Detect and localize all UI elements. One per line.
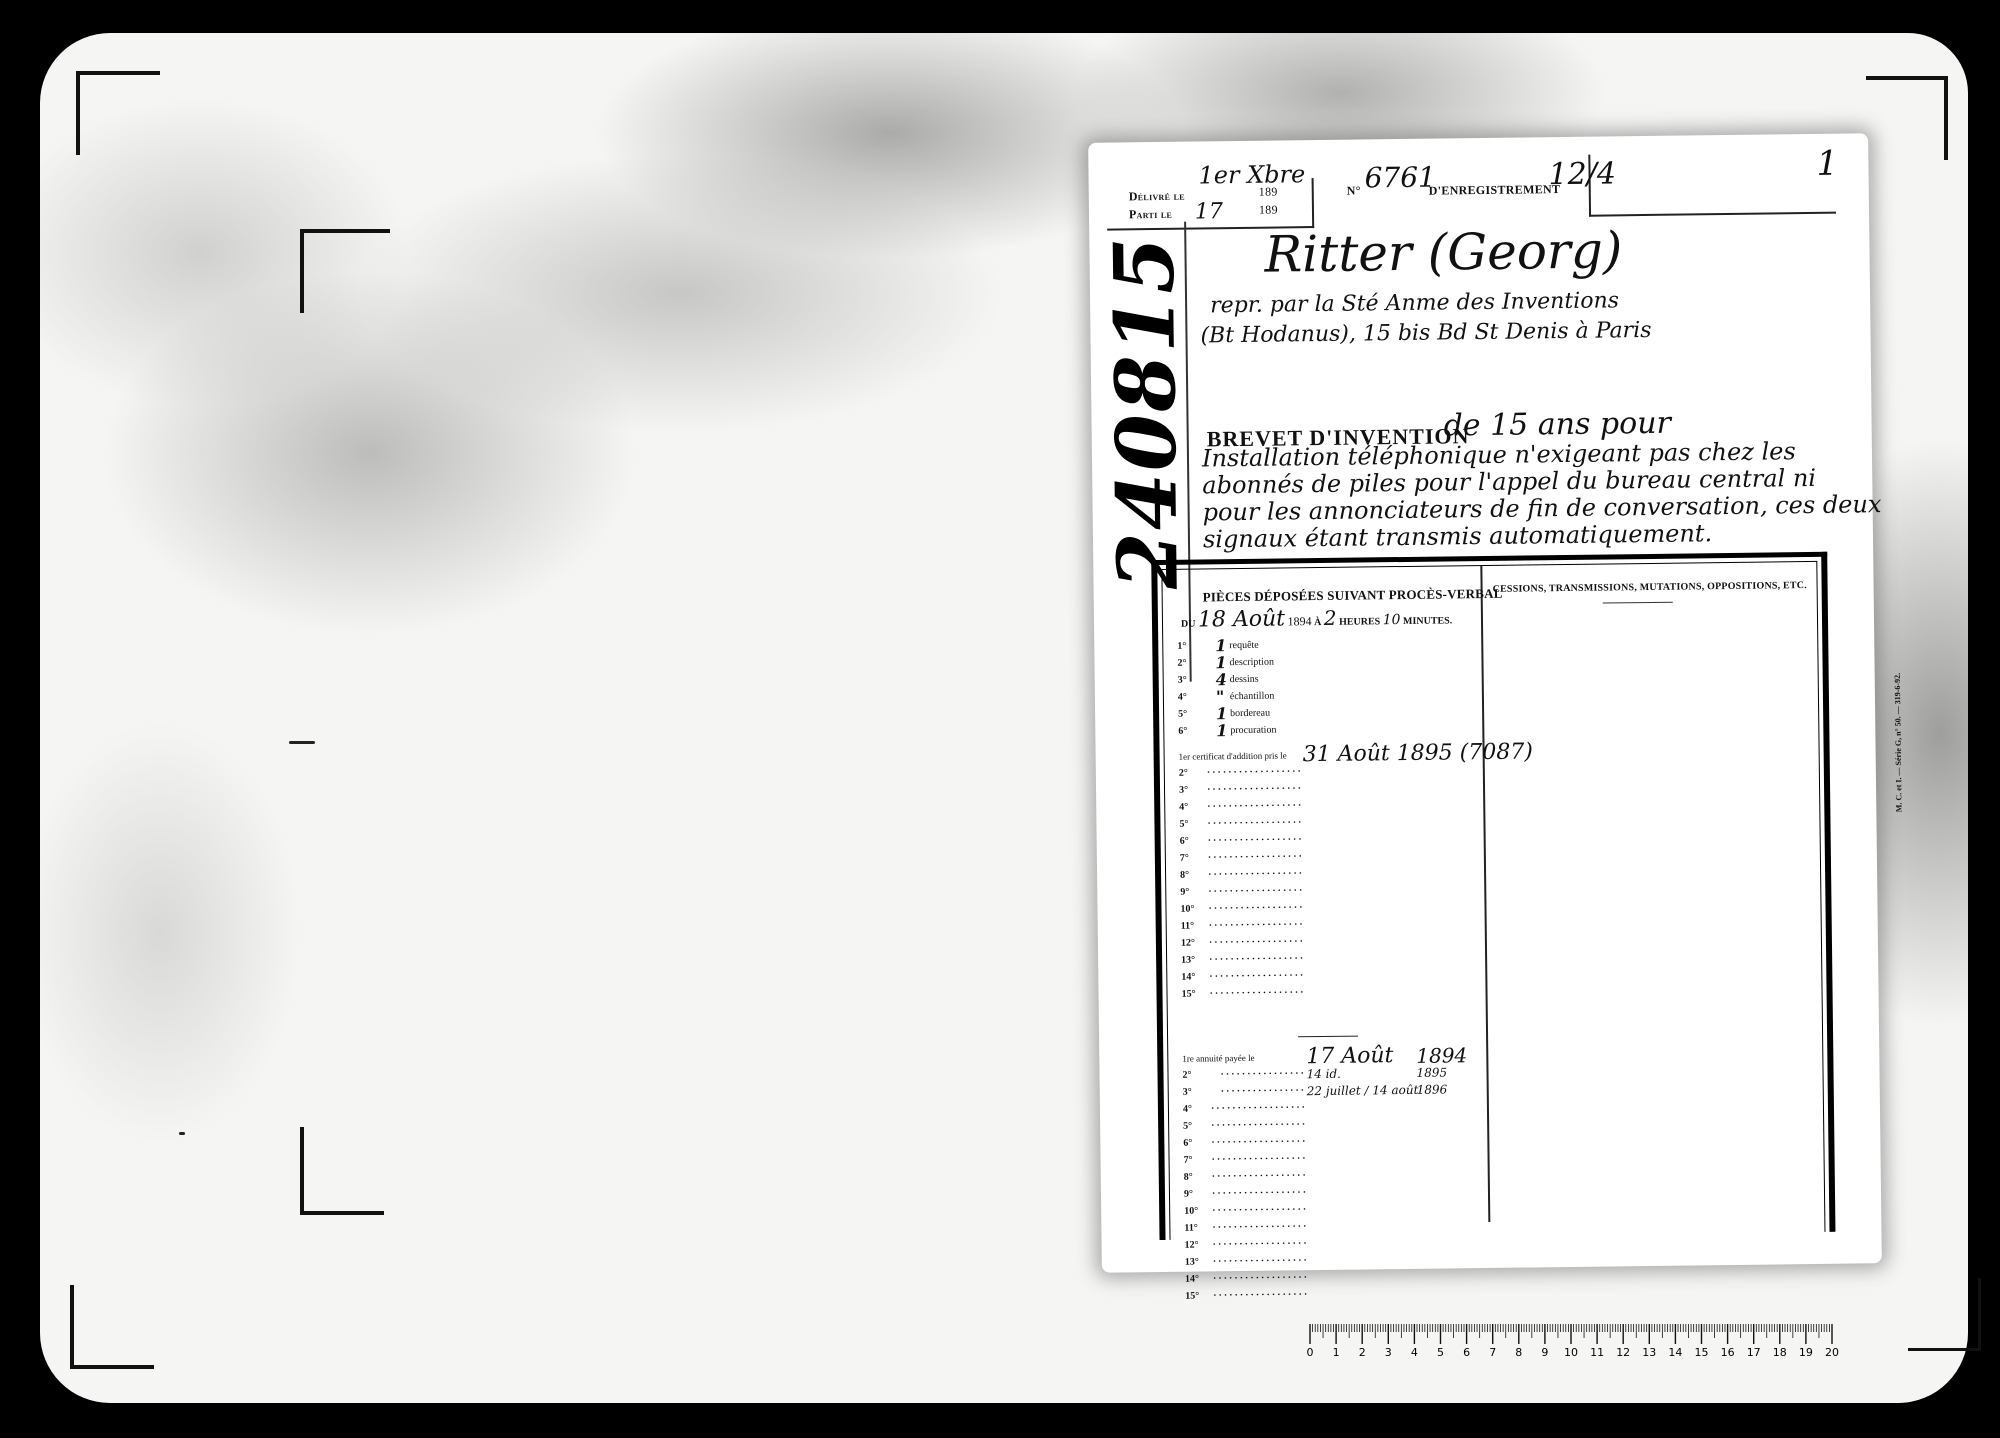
svg-text:18: 18 <box>1773 1346 1787 1358</box>
pieces-list: 1°1requête 2°1description 3°4dessins 4°"… <box>1177 637 1276 740</box>
svg-text:7: 7 <box>1489 1346 1496 1358</box>
annuite-row: 15°·················· <box>1185 1284 1470 1304</box>
ruler-ticks: 01234567891011121314151617181920 <box>1302 1318 1844 1358</box>
svg-text:5: 5 <box>1437 1346 1444 1358</box>
svg-text:2: 2 <box>1359 1346 1366 1358</box>
pieces-title: PIÈCES DÉPOSÉES SUIVANT PROCÈS-VERBAL <box>1203 586 1503 606</box>
piece-row: 6°1procuration <box>1178 722 1276 740</box>
crop-mark-bottom-left-inner <box>300 1127 384 1215</box>
svg-text:17: 17 <box>1747 1346 1761 1358</box>
svg-text:15: 15 <box>1695 1346 1709 1358</box>
certificat-row-first: 1er certificat d'addition pris le 31 Aoû… <box>1179 743 1533 764</box>
annuites-list: 1re annuité payée le 17 Août 1894 2°····… <box>1182 1046 1470 1304</box>
svg-text:6: 6 <box>1463 1346 1470 1358</box>
piece-row: 1°1requête <box>1177 637 1275 655</box>
year-prefix-1: 189 <box>1259 184 1278 199</box>
svg-text:4: 4 <box>1411 1346 1418 1358</box>
registration-number: 6761 <box>1364 161 1436 195</box>
delivre-value: 1er Xbre <box>1198 160 1305 189</box>
certificat-row: 15°·················· <box>1181 981 1535 1002</box>
title-handwritten: de 15 ans pour <box>1443 406 1671 444</box>
svg-text:19: 19 <box>1799 1346 1813 1358</box>
svg-text:0: 0 <box>1307 1346 1314 1358</box>
svg-text:9: 9 <box>1541 1346 1548 1358</box>
svg-text:13: 13 <box>1642 1346 1656 1358</box>
svg-text:10: 10 <box>1564 1346 1578 1358</box>
registration-label: D'ENREGISTREMENT <box>1429 182 1561 199</box>
corner-mark: 1 <box>1816 144 1838 184</box>
printer-mark: M. C. et I. — Série G, n° 50. — 319-6-92… <box>1893 673 1904 812</box>
record-table: PIÈCES DÉPOSÉES SUIVANT PROCÈS-VERBAL DU… <box>1151 552 1835 1240</box>
annuite-row-first: 1re annuité payée le 17 Août 1894 <box>1182 1046 1467 1066</box>
crop-mark-top-right-outer <box>1866 76 1948 160</box>
pieces-date-line: DU 18 Août 1894 À 2 HEURES 10 MINUTES. <box>1181 604 1452 632</box>
piece-row: 5°1bordereau <box>1178 705 1276 723</box>
svg-text:8: 8 <box>1515 1346 1522 1358</box>
registration-fraction: 12/4 <box>1548 156 1616 192</box>
svg-text:16: 16 <box>1721 1346 1735 1358</box>
svg-text:12: 12 <box>1616 1346 1630 1358</box>
certificats-list: 1er certificat d'addition pris le 31 Aoû… <box>1179 743 1536 1002</box>
year-prefix-2: 189 <box>1259 202 1278 217</box>
crop-mark-bottom-right-outer <box>1908 1278 1981 1351</box>
cessions-title: CESSIONS, TRANSMISSIONS, MUTATIONS, OPPO… <box>1493 580 1807 595</box>
applicant-name: Ritter (Georg) <box>1264 221 1622 283</box>
description-line-4: signaux étant transmis automatiquement. <box>1203 519 1712 553</box>
crop-mark-bottom-left-outer <box>70 1285 154 1369</box>
speck-mark <box>179 1132 185 1135</box>
svg-text:1: 1 <box>1333 1346 1340 1358</box>
cessions-rule <box>1603 602 1673 604</box>
scale-ruler: 01234567891011121314151617181920 <box>1302 1318 1844 1358</box>
svg-text:20: 20 <box>1825 1346 1839 1358</box>
svg-text:3: 3 <box>1385 1346 1392 1358</box>
registration-box <box>1588 152 1836 217</box>
applicant-line-1: repr. par la Sté Anme des Inventions <box>1210 288 1619 318</box>
svg-text:14: 14 <box>1668 1346 1682 1358</box>
applicant-line-2: (Bt Hodanus), 15 bis Bd St Denis à Paris <box>1200 318 1651 349</box>
registration-prefix: N° <box>1347 183 1361 198</box>
piece-row: 4°"échantillon <box>1178 688 1276 706</box>
svg-text:11: 11 <box>1590 1346 1604 1358</box>
crop-mark-top-left-inner <box>300 229 390 313</box>
piece-row: 2°1description <box>1177 654 1275 672</box>
patent-record-card: Délivré le Parti le 1er Xbre 17 189 189 … <box>1088 133 1882 1272</box>
piece-row: 3°4dessins <box>1178 671 1276 689</box>
section-rule <box>1298 1036 1358 1038</box>
speck-mark <box>289 741 315 744</box>
crop-mark-top-left-outer <box>76 71 160 155</box>
